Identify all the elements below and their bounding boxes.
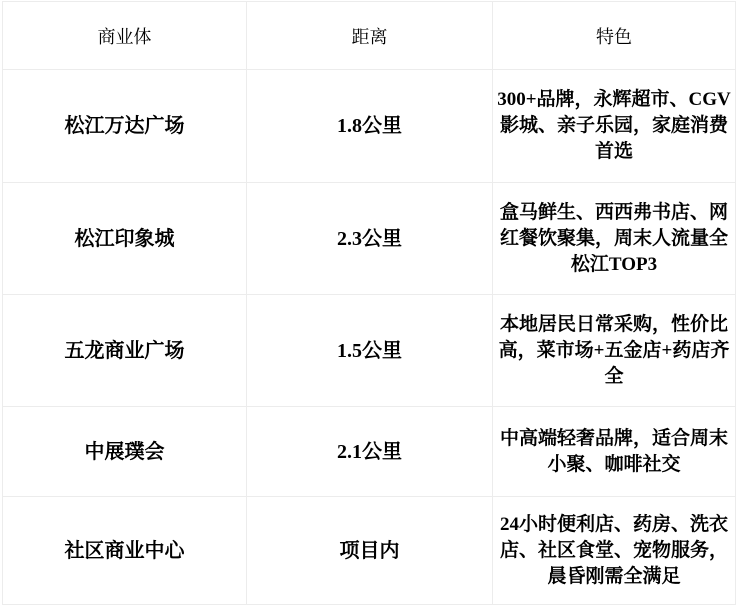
commercial-areas-table: 商业体 距离 特色 松江万达广场 1.8公里 300+品牌，永辉超市、CGV影城…: [2, 1, 736, 605]
cell-distance: 1.8公里: [247, 70, 493, 183]
cell-business-name: 中展璞会: [3, 407, 247, 497]
cell-features: 中高端轻奢品牌，适合周末小聚、咖啡社交: [493, 407, 736, 497]
table-row: 社区商业中心 项目内 24小时便利店、药房、洗衣店、社区食堂、宠物服务，晨昏刚需…: [3, 497, 736, 605]
cell-features: 盒马鲜生、西西弗书店、网红餐饮聚集，周末人流量全松江TOP3: [493, 183, 736, 295]
cell-distance: 2.3公里: [247, 183, 493, 295]
column-header-business: 商业体: [3, 2, 247, 70]
cell-distance: 1.5公里: [247, 295, 493, 407]
column-header-features: 特色: [493, 2, 736, 70]
cell-distance: 2.1公里: [247, 407, 493, 497]
table-row: 五龙商业广场 1.5公里 本地居民日常采购，性价比高，菜市场+五金店+药店齐全: [3, 295, 736, 407]
table-row: 松江万达广场 1.8公里 300+品牌，永辉超市、CGV影城、亲子乐园，家庭消费…: [3, 70, 736, 183]
cell-business-name: 松江万达广场: [3, 70, 247, 183]
header-row: 商业体 距离 特色: [3, 2, 736, 70]
table-row: 中展璞会 2.1公里 中高端轻奢品牌，适合周末小聚、咖啡社交: [3, 407, 736, 497]
cell-features: 24小时便利店、药房、洗衣店、社区食堂、宠物服务，晨昏刚需全满足: [493, 497, 736, 605]
cell-business-name: 社区商业中心: [3, 497, 247, 605]
table-row: 松江印象城 2.3公里 盒马鲜生、西西弗书店、网红餐饮聚集，周末人流量全松江TO…: [3, 183, 736, 295]
cell-business-name: 松江印象城: [3, 183, 247, 295]
cell-distance: 项目内: [247, 497, 493, 605]
cell-features: 本地居民日常采购，性价比高，菜市场+五金店+药店齐全: [493, 295, 736, 407]
cell-features: 300+品牌，永辉超市、CGV影城、亲子乐园，家庭消费首选: [493, 70, 736, 183]
column-header-distance: 距离: [247, 2, 493, 70]
cell-business-name: 五龙商业广场: [3, 295, 247, 407]
